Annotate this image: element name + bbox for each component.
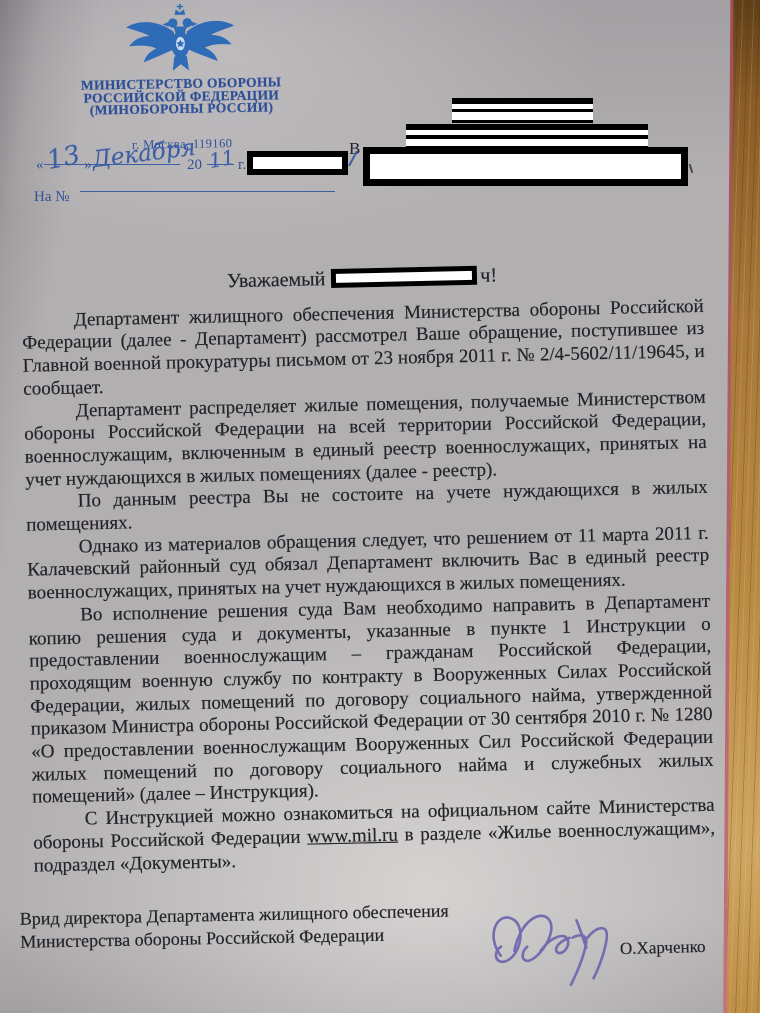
incoming-ref-label: На № — [34, 189, 70, 206]
year-underline — [207, 164, 234, 165]
paragraph-2: Департамент распределяет жилые помещения… — [24, 386, 708, 492]
incoming-ref-underline — [80, 191, 335, 192]
letterhead: МИНИСТЕРСТВО ОБОРОНЫ РОССИЙСКОЙ ФЕДЕРАЦИ… — [60, 2, 303, 154]
paragraph-1: Департамент жилищного обеспечения Минист… — [22, 296, 706, 402]
letter-body: Уважаемыйч! Департамент жилищного обеспе… — [21, 260, 716, 878]
handwritten-day: 13 — [44, 140, 83, 176]
redaction-box-name — [331, 266, 477, 288]
signer-position-block: Врид директора Департамента жилищного об… — [20, 898, 521, 954]
redaction-box-recipient — [363, 147, 688, 186]
date-open-quote: « — [36, 157, 44, 174]
ministry-of-defense-eagle-emblem-icon — [121, 3, 240, 77]
signer-name: О.Харченко — [620, 937, 706, 959]
paragraph-6: С Инструкцией можно ознакомиться на офиц… — [32, 795, 715, 878]
handwritten-signature — [475, 891, 631, 996]
redaction-bar-top — [452, 98, 593, 123]
org-name-line3: (МИНОБОРОНЫ РОССИИ) — [61, 101, 301, 118]
handwritten-year: 11 — [207, 145, 236, 173]
date-close-quote: » — [84, 157, 92, 174]
redaction-box-outgoing-number — [247, 151, 348, 175]
greeting-prefix: Уважаемый — [227, 268, 326, 292]
greeting-line: Уважаемыйч! — [21, 260, 703, 298]
mil-ru-link-text: www.mil.ru — [307, 825, 398, 848]
paragraph-5: Во исполнение решения суда Вам необходим… — [28, 591, 714, 810]
year-printed-prefix: 20 — [187, 157, 202, 174]
greeting-suffix: ч! — [480, 264, 497, 286]
pen-tick-mark — [689, 164, 694, 173]
